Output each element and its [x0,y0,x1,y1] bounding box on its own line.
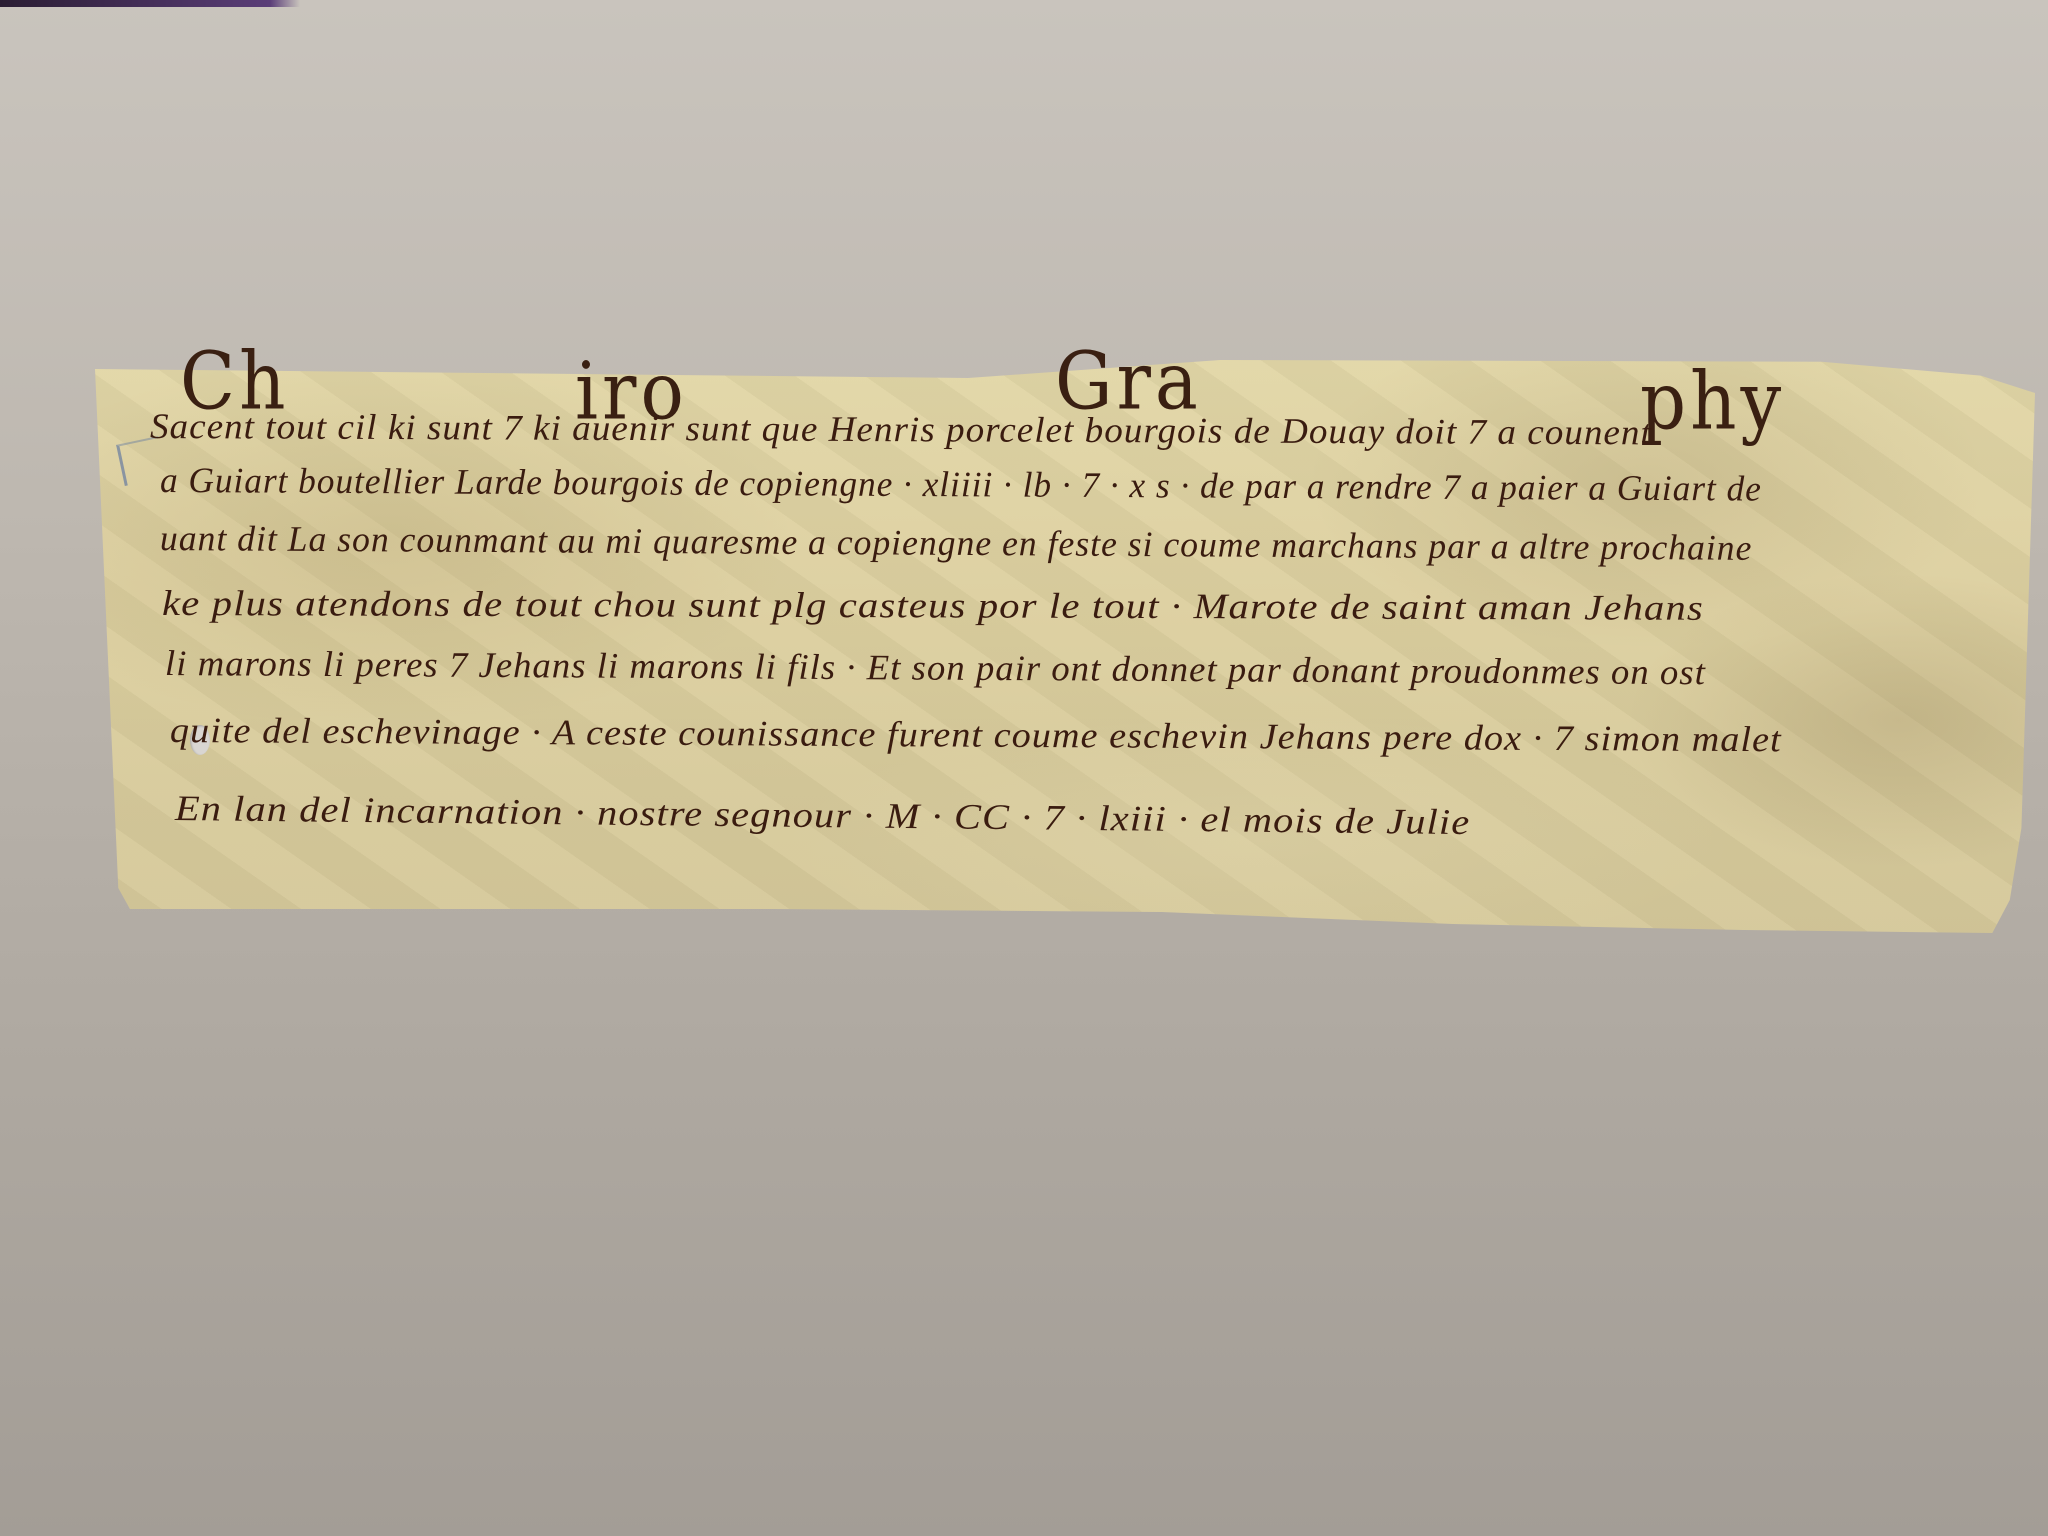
chirograph-letter-4: phy [1640,361,1785,440]
charter-line-4: ke plus atendons de tout chou sunt plg c… [162,585,1704,626]
chirograph-letter-3: Gra [1055,341,1202,420]
charter-line-5: li marons li peres 7 Jehans li marons li… [165,645,1706,690]
charter-line-3: uant dit La son counmant au mi quaresme … [160,520,1753,566]
charter-line-7: En lan del incarnation · nostre segnour … [175,790,1471,840]
charter-line-6: quite del eschevinage · A ceste counissa… [170,712,1782,757]
charter-line-2: a Guiart boutellier Larde bourgois de co… [160,462,1762,507]
charter-text: Ch iro Gra phy Sacent tout cil ki sunt 7… [0,0,2048,1536]
charter-line-1: Sacent tout cil ki sunt 7 ki auenir sunt… [150,408,1652,450]
